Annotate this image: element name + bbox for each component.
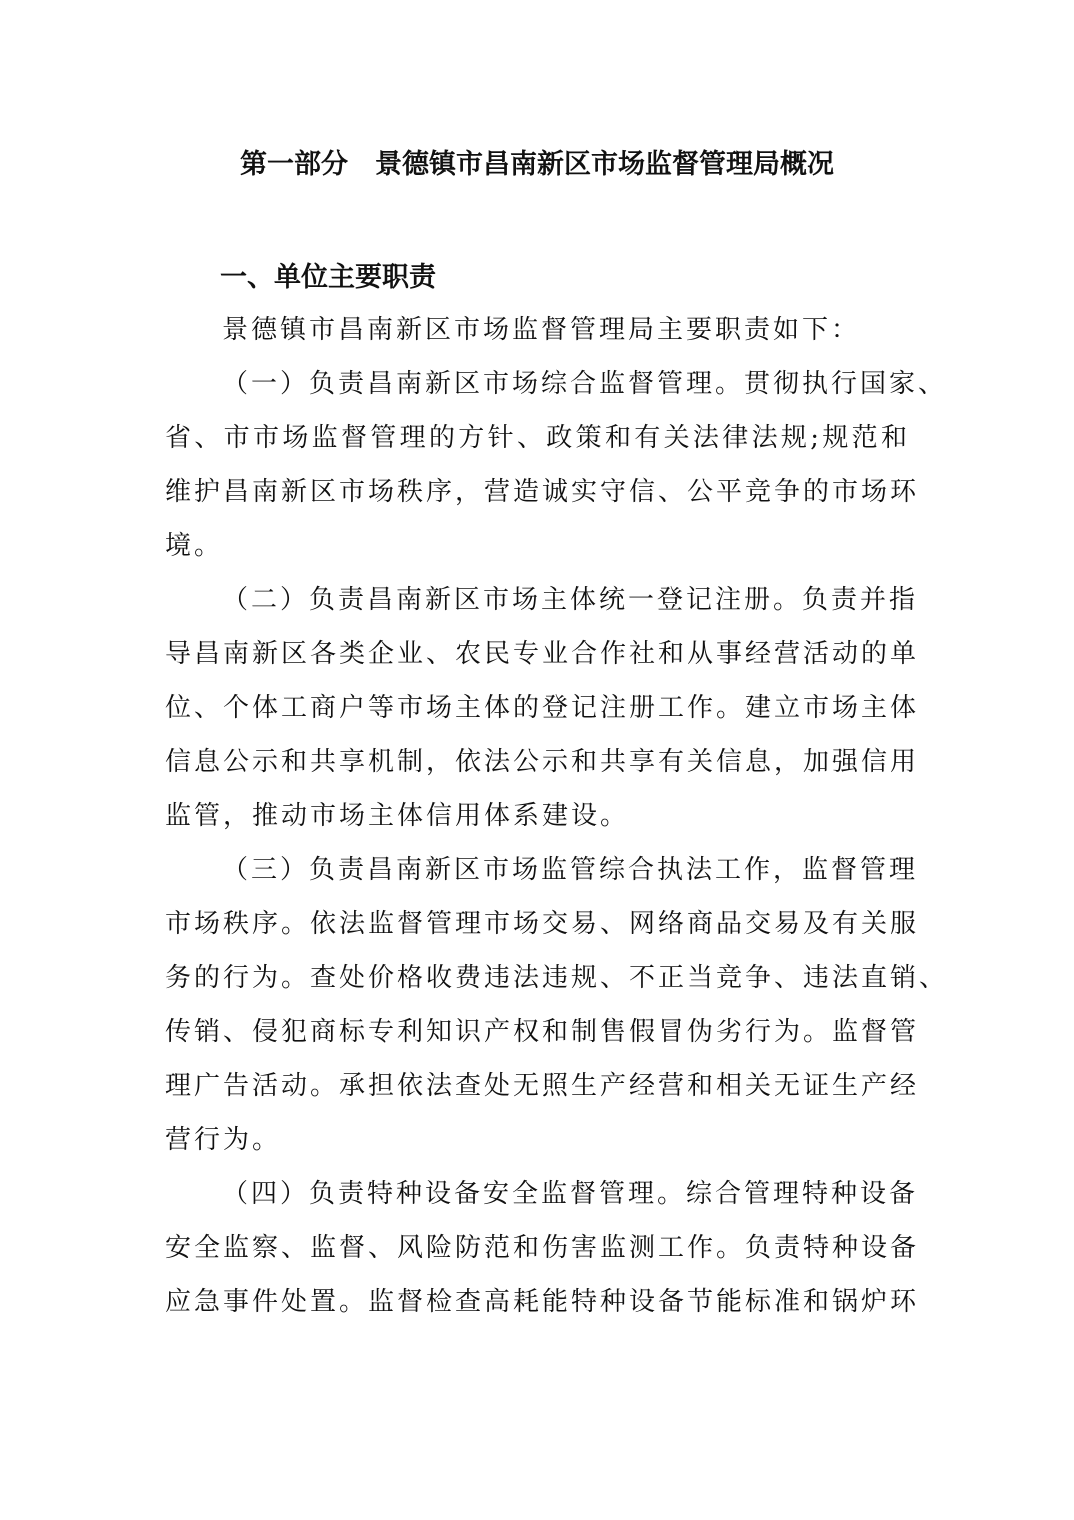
body-line: 信息公示和共享机制，依法公示和共享有关信息，加强信用 [165,744,910,780]
body-line: 监管，推动市场主体信用体系建设。 [165,798,910,834]
body-line: （三）负责昌南新区市场监管综合执法工作，监督管理 [222,852,910,888]
body-line: 务的行为。查处价格收费违法违规、不正当竞争、违法直销、 [165,960,910,996]
body-line: （一）负责昌南新区市场综合监督管理。贯彻执行国家、 [222,366,910,402]
page-title: 第一部分 景德镇市昌南新区市场监督管理局概况 [0,142,1074,181]
body-line: 导昌南新区各类企业、农民专业合作社和从事经营活动的单 [165,636,910,672]
body-line: 位、个体工商户等市场主体的登记注册工作。建立市场主体 [165,690,910,726]
body-line: 维护昌南新区市场秩序，营造诚实守信、公平竞争的市场环 [165,474,910,510]
body-line: 安全监察、监督、风险防范和伤害监测工作。负责特种设备 [165,1230,910,1266]
body-line: 景德镇市昌南新区市场监督管理局主要职责如下： [222,312,910,348]
body-line: 省、市市场监督管理的方针、政策和有关法律法规;规范和 [165,420,910,456]
body-line: 境。 [165,528,910,564]
body-line: （二）负责昌南新区市场主体统一登记注册。负责并指 [222,582,910,618]
body-line: 营行为。 [165,1122,910,1158]
body-line: 市场秩序。依法监督管理市场交易、网络商品交易及有关服 [165,906,910,942]
section-heading: 一、单位主要职责 [220,255,436,294]
body-line: （四）负责特种设备安全监督管理。综合管理特种设备 [222,1176,910,1212]
body-line: 传销、侵犯商标专利知识产权和制售假冒伪劣行为。监督管 [165,1014,910,1050]
body-line: 应急事件处置。监督检查高耗能特种设备节能标准和锅炉环 [165,1284,910,1320]
body-line: 理广告活动。承担依法查处无照生产经营和相关无证生产经 [165,1068,910,1104]
